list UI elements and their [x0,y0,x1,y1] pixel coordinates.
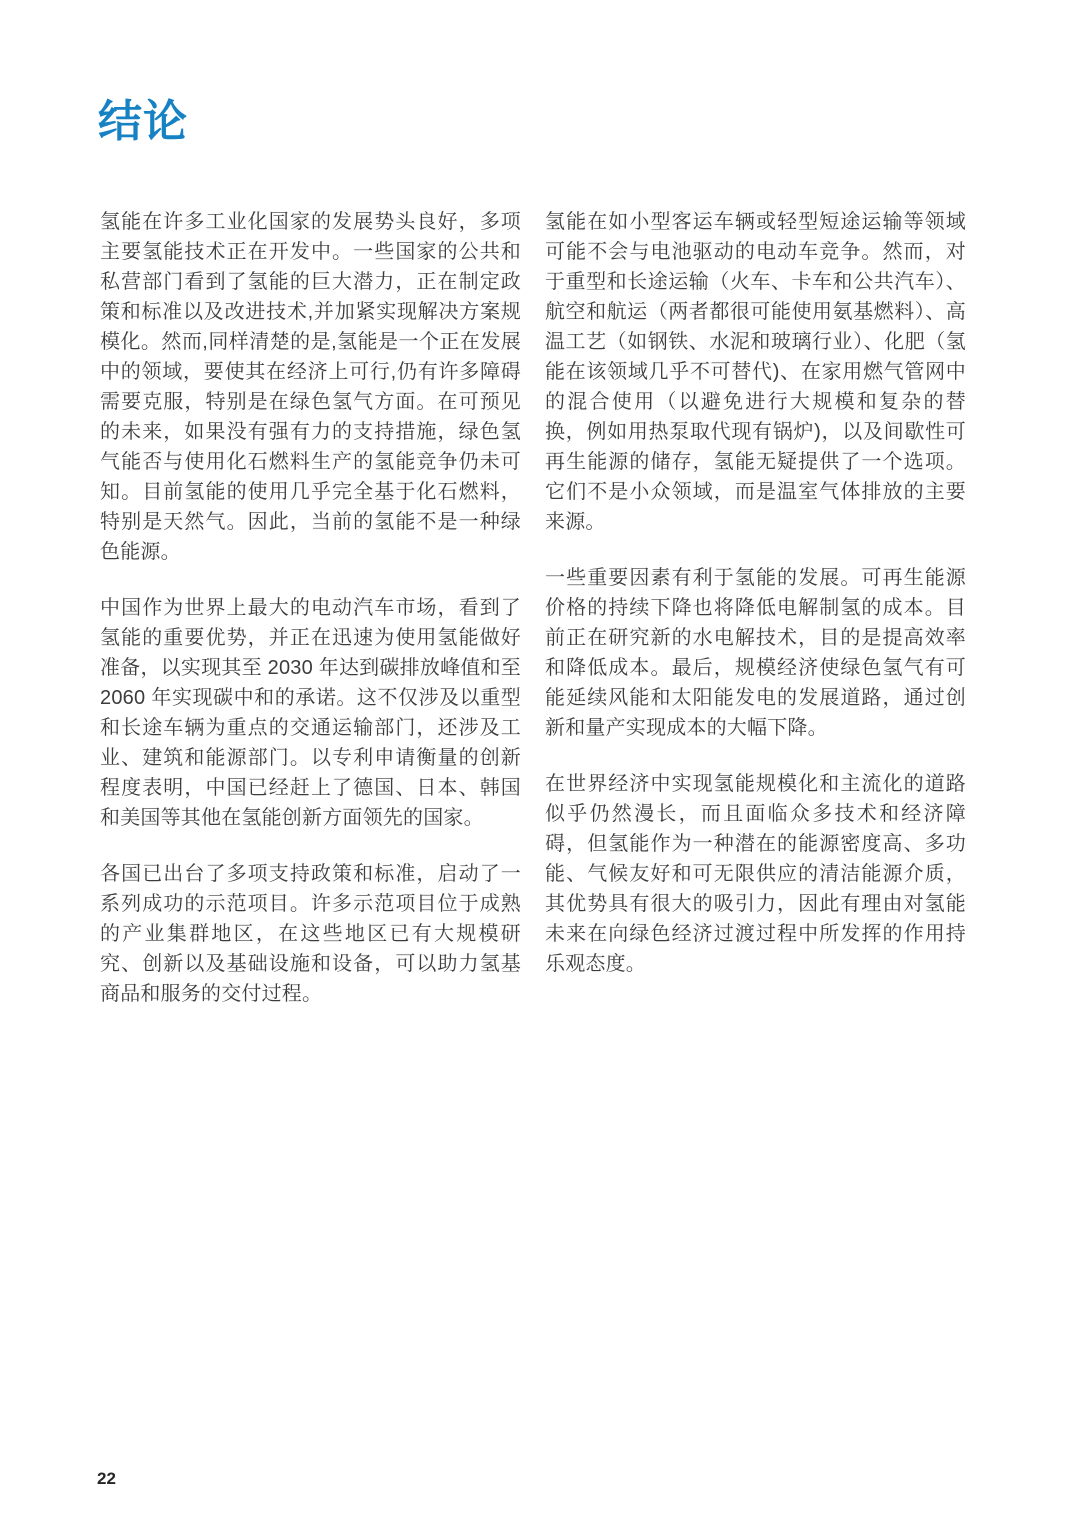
paragraph-right-2: 一些重要因素有利于氢能的发展。可再生能源价格的持续下降也将降低电解制氢的成本。目… [545,563,966,743]
page-title: 结论 [98,96,188,148]
page-number: 22 [97,1468,116,1490]
body-columns: 氢能在许多工业化国家的发展势头良好，多项主要氢能技术正在开发中。一些国家的公共和… [100,207,966,1035]
paragraph-right-3: 在世界经济中实现氢能规模化和主流化的道路似乎仍然漫长，而且面临众多技术和经济障碍… [545,769,966,979]
document-page: 结论 氢能在许多工业化国家的发展势头良好，多项主要氢能技术正在开发中。一些国家的… [0,0,1080,1527]
paragraph-right-1: 氢能在如小型客运车辆或轻型短途运输等领域可能不会与电池驱动的电动车竞争。然而，对… [545,207,966,537]
paragraph-left-1: 氢能在许多工业化国家的发展势头良好，多项主要氢能技术正在开发中。一些国家的公共和… [100,207,521,567]
left-column: 氢能在许多工业化国家的发展势头良好，多项主要氢能技术正在开发中。一些国家的公共和… [100,207,521,1035]
paragraph-left-2: 中国作为世界上最大的电动汽车市场，看到了氢能的重要优势，并正在迅速为使用氢能做好… [100,593,521,833]
right-column: 氢能在如小型客运车辆或轻型短途运输等领域可能不会与电池驱动的电动车竞争。然而，对… [545,207,966,1035]
paragraph-left-3: 各国已出台了多项支持政策和标准，启动了一系列成功的示范项目。许多示范项目位于成熟… [100,859,521,1009]
